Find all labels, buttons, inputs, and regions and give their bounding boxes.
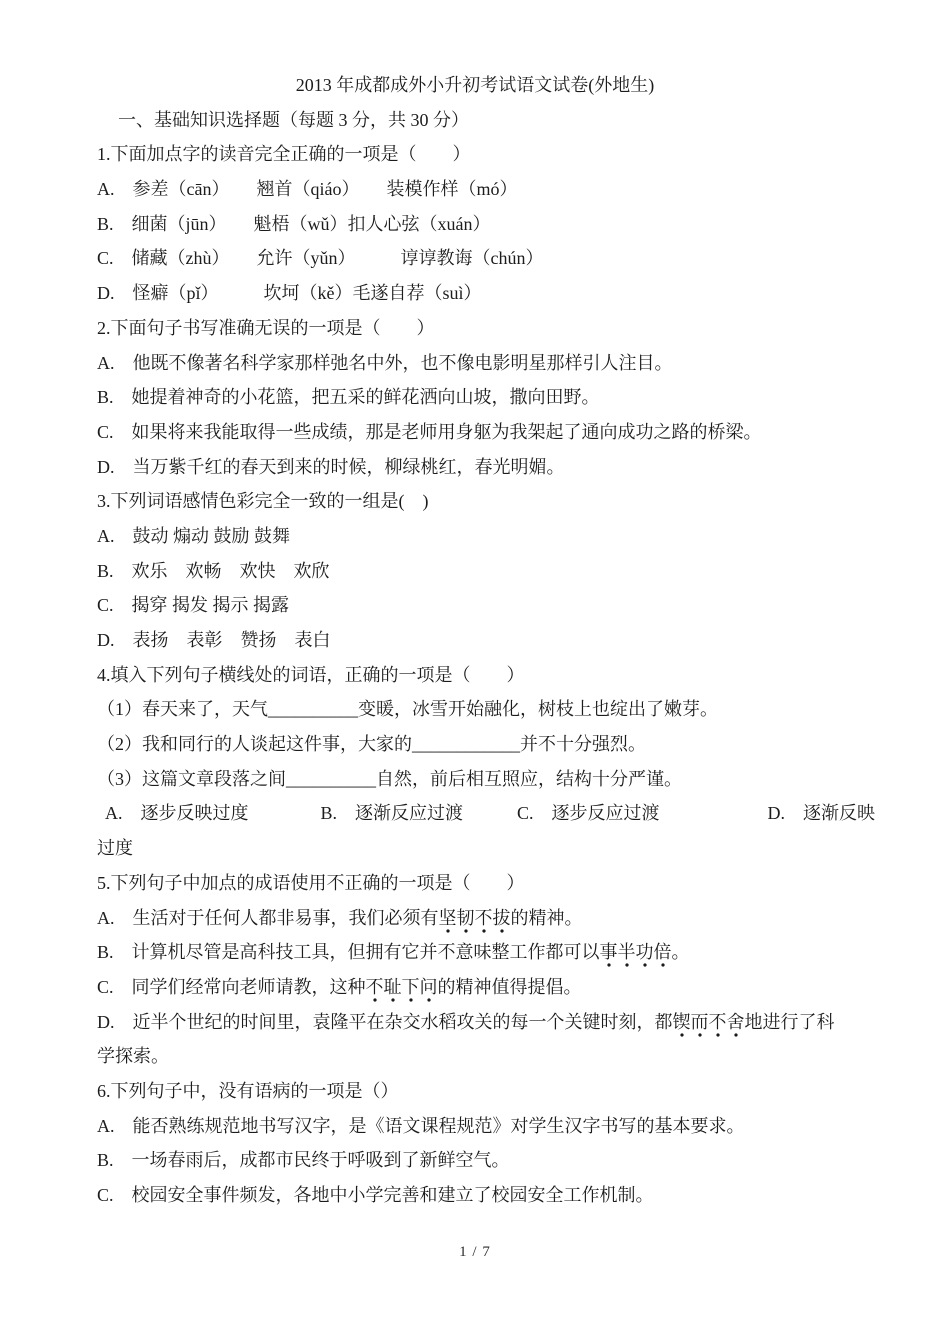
exam-document-page: 2013 年成都成外小升初考试语文试卷(外地生) 一、基础知识选择题（每题 3 …	[0, 0, 950, 1344]
exam-title: 2013 年成都成外小升初考试语文试卷(外地生)	[0, 68, 950, 103]
question-6-option-a: A. 能否熟练规范地书写汉字，是《语文课程规范》对学生汉字书写的基本要求。	[0, 1109, 950, 1144]
question-5-option-d: D. 近半个世纪的时间里，袁隆平在杂交水稻攻关的每一个关键时刻，都锲而不舍地进行…	[0, 1005, 950, 1040]
section-heading: 一、基础知识选择题（每题 3 分，共 30 分）	[0, 103, 950, 138]
question-4-option-row-wrap: 过度	[0, 831, 950, 866]
option-text: 地进行了科	[745, 1012, 835, 1032]
question-4-blank-2: （2）我和同行的人谈起这件事，大家的____________并不十分强烈。	[0, 727, 950, 762]
question-1-option-a: A. 参差（cān） 翘首（qiáo） 装模作样（mó）	[0, 172, 950, 207]
question-3-option-b: B. 欢乐 欢畅 欢快 欢欣	[0, 554, 950, 589]
option-text: D. 近半个世纪的时间里，袁隆平在杂交水稻攻关的每一个关键时刻，都	[97, 1012, 673, 1032]
question-2-option-d: D. 当万紫千红的春天到来的时候，柳绿桃红，春光明媚。	[0, 450, 950, 485]
question-1-option-b: B. 细菌（jūn） 魁梧（wǔ）扣人心弦（xuán）	[0, 207, 950, 242]
question-2-option-c: C. 如果将来我能取得一些成绩，那是老师用身躯为我架起了通向成功之路的桥梁。	[0, 415, 950, 450]
question-4-blank-1: （1）春天来了，天气__________变暖，冰雪开始融化，树枝上也绽出了嫩芽。	[0, 692, 950, 727]
option-text: A. 生活对于任何人都非易事，我们必须有	[97, 908, 439, 928]
option-text: 的精神。	[511, 908, 583, 928]
question-1-stem: 1.下面加点字的读音完全正确的一项是（ ）	[0, 137, 950, 172]
emphasized-idiom: 坚韧不拔	[439, 908, 511, 934]
question-3-option-c: C. 揭穿 揭发 揭示 揭露	[0, 588, 950, 623]
option-text: B. 计算机尽管是高科技工具，但拥有它并不意味整工作都可以	[97, 942, 600, 962]
question-5-stem: 5.下列句子中加点的成语使用不正确的一项是（ ）	[0, 866, 950, 901]
page-number: 1 / 7	[0, 1244, 950, 1261]
question-1-option-c: C. 储藏（zhù） 允许（yǔn） 谆谆教诲（chún）	[0, 241, 950, 276]
question-3-option-a: A. 鼓动 煽动 鼓励 鼓舞	[0, 519, 950, 554]
question-2-stem: 2.下面句子书写准确无误的一项是（ ）	[0, 311, 950, 346]
question-6-option-b: B. 一场春雨后，成都市民终于呼吸到了新鲜空气。	[0, 1143, 950, 1178]
option-text: C. 同学们经常向老师请教，这种	[97, 977, 366, 997]
question-3-stem: 3.下列词语感情色彩完全一致的一组是( )	[0, 484, 950, 519]
question-2-option-a: A. 他既不像著名科学家那样弛名中外，也不像电影明星那样引人注目。	[0, 346, 950, 381]
option-text: 的精神值得提倡。	[438, 977, 582, 997]
question-5-option-c: C. 同学们经常向老师请教，这种不耻下问的精神值得提倡。	[0, 970, 950, 1005]
question-6-stem: 6.下列句子中，没有语病的一项是（）	[0, 1074, 950, 1109]
emphasized-idiom: 不耻下问	[366, 977, 438, 1003]
question-5-option-d-wrap: 学探索。	[0, 1039, 950, 1074]
question-3-option-d: D. 表扬 表彰 赞扬 表白	[0, 623, 950, 658]
emphasized-idiom: 事半功倍	[600, 942, 672, 968]
emphasized-idiom: 锲而不舍	[673, 1012, 745, 1038]
question-4-stem: 4.填入下列句子横线处的词语，正确的一项是（ ）	[0, 658, 950, 693]
question-4-option-row: A. 逐步反映过度 B. 逐渐反应过渡 C. 逐步反应过渡 D. 逐渐反映	[0, 796, 950, 831]
question-2-option-b: B. 她提着神奇的小花篮，把五采的鲜花洒向山坡，撒向田野。	[0, 380, 950, 415]
question-5-option-b: B. 计算机尽管是高科技工具，但拥有它并不意味整工作都可以事半功倍。	[0, 935, 950, 970]
option-text: 。	[672, 942, 690, 962]
question-1-option-d: D. 怪癖（pǐ） 坎坷（kě）毛遂自荐（suì）	[0, 276, 950, 311]
question-5-option-a: A. 生活对于任何人都非易事，我们必须有坚韧不拔的精神。	[0, 901, 950, 936]
question-4-blank-3: （3）这篇文章段落之间__________自然，前后相互照应，结构十分严谨。	[0, 762, 950, 797]
question-6-option-c: C. 校园安全事件频发，各地中小学完善和建立了校园安全工作机制。	[0, 1178, 950, 1213]
